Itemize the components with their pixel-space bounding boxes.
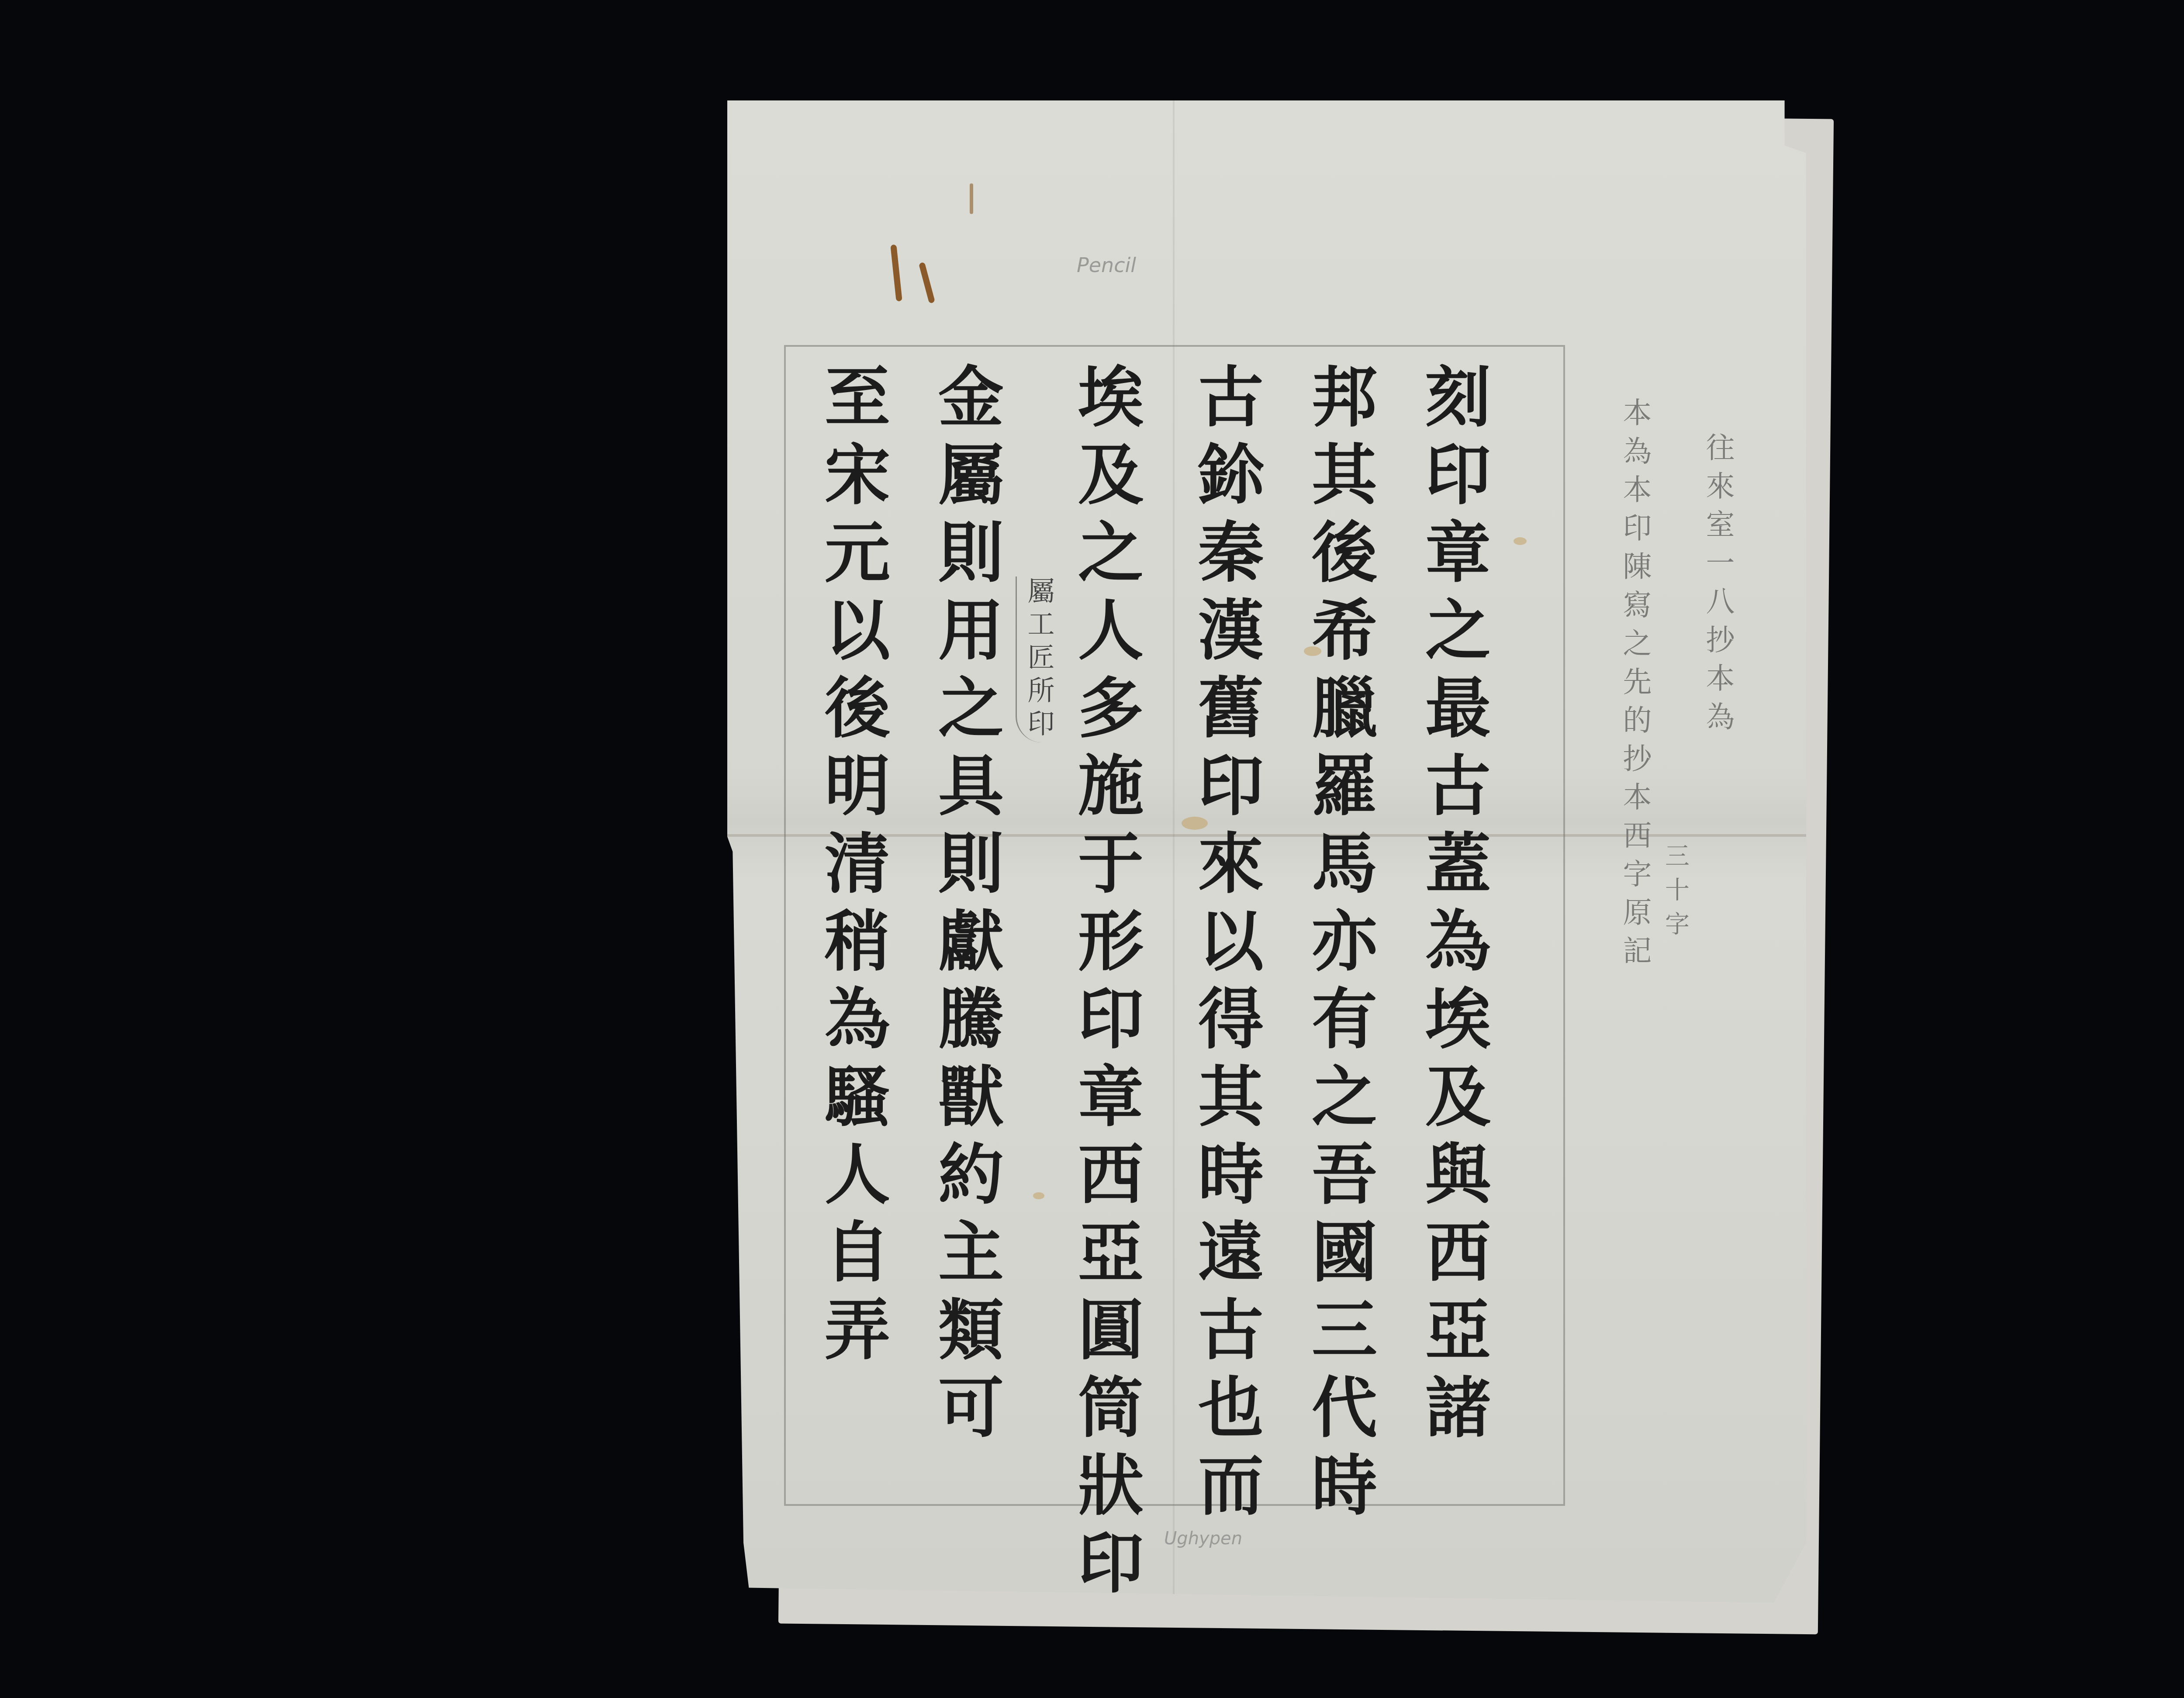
brown-ink-mark (919, 262, 935, 304)
text-column-5: 金屬則用之具則獻騰獸約主類可 (933, 362, 998, 1451)
margin-annotation-1: 往來室一八抄本為 (1697, 432, 1738, 740)
pencil-note-bottom: Ughypen (1164, 1529, 1242, 1549)
manuscript-page: Pencil Ughypen 刻印章之最古蓋為埃及與西亞諸 邦其後希臘羅馬亦有之… (727, 100, 1806, 1603)
text-column-1: 刻印章之最古蓋為埃及與西亞諸 (1420, 362, 1485, 1451)
text-column-2: 邦其後希臘羅馬亦有之吾國三代時 (1306, 362, 1372, 1529)
pencil-note: Pencil (1077, 253, 1136, 277)
text-column-3: 古鉩秦漢舊印來以得其時遠古也而 (1192, 362, 1258, 1529)
interlinear-insertion: 屬工匠所印 (1016, 576, 1058, 742)
margin-annotation-3: 三十字 (1658, 843, 1693, 945)
brown-ink-mark (970, 183, 973, 214)
text-column-4: 埃及之人多施于形印章西亞圓筒狀印 (1072, 362, 1138, 1606)
brown-ink-mark (890, 245, 902, 302)
text-column-6: 至宋元以後明清稍為騷人自弄 (819, 362, 885, 1373)
margin-annotation-2: 本為本印陳寫之先的抄本西字原記 (1614, 397, 1655, 974)
